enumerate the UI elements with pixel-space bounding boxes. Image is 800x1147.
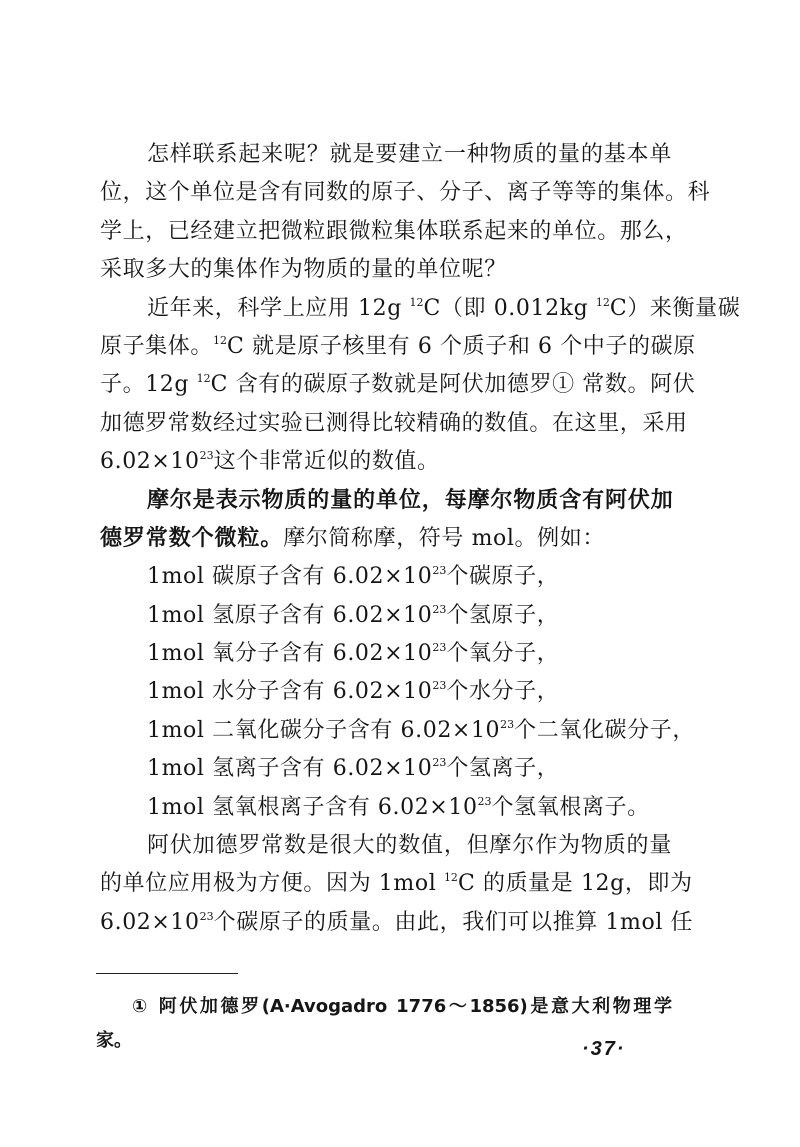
example-3: 1mol 氧分子含有 6.02×1023个氧分子， [100,635,672,673]
paragraph-4-line-3: 6.02×1023个碳原子的质量。由此，我们可以推算 1mol 任 [100,904,672,942]
text-span: 子。12g [100,372,197,397]
paragraph-1-line-3: 学上，已经建立把微粒跟微粒集体联系起来的单位。那么， [100,213,672,251]
paragraph-2-line-2: 原子集体。12C 就是原子核里有 6 个质子和 6 个中子的碳原 [100,328,672,366]
superscript: 23 [432,564,446,577]
superscript: 23 [432,641,446,654]
example-6: 1mol 氢离子含有 6.02×1023个氢离子， [100,750,672,788]
text-span: 个碳原子的质量。由此，我们可以推算 1mol 任 [214,910,694,935]
page-body: 怎样联系起来呢？就是要建立一种物质的量的基本单 位，这个单位是含有同数的原子、分… [100,136,672,942]
superscript: 23 [432,679,446,692]
text-span: 1mol 碳原子含有 6.02×10 [147,564,432,589]
text-span: 1mol 氢原子含有 6.02×10 [147,603,432,628]
paragraph-2-line-4: 加德罗常数经过实验已测得比较精确的数值。在这里，采用 [100,405,672,443]
superscript: 23 [478,795,492,808]
example-2: 1mol 氢原子含有 6.02×1023个氢原子， [100,597,672,635]
footnote-line-1: ① 阿伏加德罗(A·Avogadro 1776～1856)是意大利物理学 [96,990,672,1024]
definition-bold-text: 德罗常数个微粒。 [100,526,283,551]
text-span: C 就是原子核里有 6 个质子和 6 个中子的碳原 [227,334,696,359]
superscript: 12 [409,296,423,309]
paragraph-4-line-2: 的单位应用极为方便。因为 1mol 12C 的质量是 12g，即为 [100,865,672,903]
text-span: 原子集体。 [100,334,213,359]
superscript: 12 [444,871,458,884]
superscript: 23 [200,910,214,923]
footnote-divider [96,973,238,974]
text-span: 近年来，科学上应用 12g [147,296,409,321]
text-span: 个氢原子， [446,603,559,628]
example-4: 1mol 水分子含有 6.02×1023个水分子， [100,673,672,711]
superscript: 12 [596,296,610,309]
paragraph-2-line-3: 子。12g 12C 含有的碳原子数就是阿伏加德罗① 常数。阿伏 [100,366,672,404]
text-span: 个氧分子， [446,641,559,666]
superscript: 12 [197,372,211,385]
example-1: 1mol 碳原子含有 6.02×1023个碳原子， [100,558,672,596]
paragraph-4-line-1: 阿伏加德罗常数是很大的数值，但摩尔作为物质的量 [100,827,672,865]
text-span: 6.02×10 [100,910,200,935]
paragraph-1-line-2: 位，这个单位是含有同数的原子、分子、离子等等的集体。科 [100,174,672,212]
text-span: C 的质量是 12g，即为 [458,871,693,896]
page-number: ·37· [582,1038,626,1061]
text-span: 1mol 水分子含有 6.02×10 [147,679,432,704]
text-span: C 含有的碳原子数就是阿伏加德罗① 常数。阿伏 [211,372,696,397]
superscript: 12 [213,334,227,347]
definition-normal-text: 摩尔简称摩，符号 mol。例如： [283,526,605,551]
text-span: 个氢离子， [446,756,559,781]
superscript: 23 [200,449,214,462]
text-span: 的单位应用极为方便。因为 1mol [100,871,444,896]
superscript: 23 [432,603,446,616]
text-span: C（即 0.012kg [423,296,595,321]
text-span: 这个非常近似的数值。 [214,449,440,474]
definition-line-1: 摩尔是表示物质的量的单位，每摩尔物质含有阿伏加 [100,482,672,520]
text-span: 个氢氧根离子。 [492,795,650,820]
text-span: 个碳原子， [446,564,559,589]
text-span: 1mol 氢氧根离子含有 6.02×10 [147,795,478,820]
text-span: 1mol 氢离子含有 6.02×10 [147,756,432,781]
text-span: 个二氧化碳分子， [514,718,695,743]
example-5: 1mol 二氧化碳分子含有 6.02×1023个二氧化碳分子， [100,712,672,750]
example-7: 1mol 氢氧根离子含有 6.02×1023个氢氧根离子。 [100,789,672,827]
paragraph-1-line-1: 怎样联系起来呢？就是要建立一种物质的量的基本单 [100,136,672,174]
superscript: 23 [500,718,514,731]
paragraph-1-line-4: 采取多大的集体作为物质的量的单位呢？ [100,251,672,289]
text-span: 1mol 二氧化碳分子含有 6.02×10 [147,718,500,743]
paragraph-2-line-1: 近年来，科学上应用 12g 12C（即 0.012kg 12C）来衡量碳 [100,290,672,328]
text-span: C）来衡量碳 [610,296,740,321]
text-span: 6.02×10 [100,449,200,474]
definition-line-2: 德罗常数个微粒。摩尔简称摩，符号 mol。例如： [100,520,672,558]
text-span: 1mol 氧分子含有 6.02×10 [147,641,432,666]
paragraph-2-line-5: 6.02×1023这个非常近似的数值。 [100,443,672,481]
superscript: 23 [432,756,446,769]
text-span: 个水分子， [446,679,559,704]
